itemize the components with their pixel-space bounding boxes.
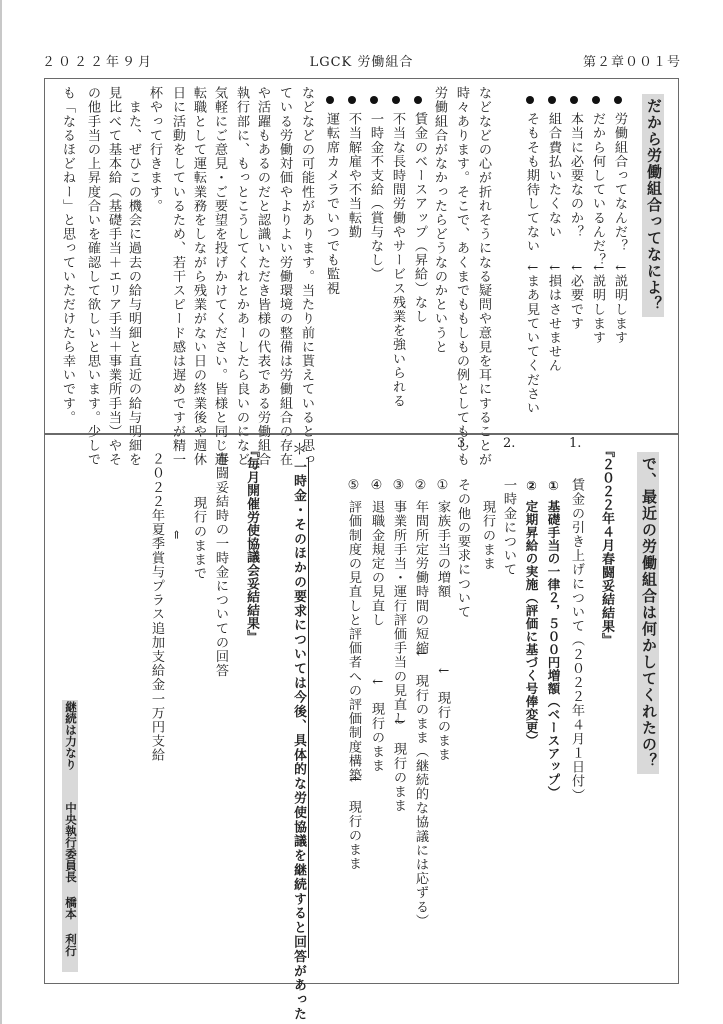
qa-question: だから何しているんだ？ — [586, 112, 608, 267]
subitem-text: 年間所定労働時間の短縮 — [409, 500, 431, 655]
subitem-text: 評価制度の見直しと評価者への評価制度構築 — [342, 500, 364, 782]
signature-surname: 橋本 — [64, 897, 78, 920]
subitem-result: ↓ 現行のまま（継続的な協議には応ずる） — [409, 648, 431, 928]
item-number: 1. — [569, 436, 581, 451]
signature-title: 中央執行委員長 — [64, 802, 78, 883]
qa-question: そもそも期待してない — [520, 112, 542, 253]
signature-block: 継続は力なり中央執行委員長橋本利行 — [62, 700, 78, 972]
intro-line: などなどの心が折れそうになる疑問や意見を耳にすることが — [472, 86, 494, 467]
body-line: 気軽にご意見・ご要望を投げかけてください。皆様と同じ運 — [208, 86, 230, 467]
subitem-mark: ① — [431, 478, 453, 494]
subitem-mark: ④ — [365, 478, 387, 494]
subitem-text: 事業所手当・運行評価手当の見直し — [387, 500, 409, 726]
subitem-text: 家族手当の増額 — [431, 500, 453, 599]
item-title: その他の要求について — [451, 478, 473, 619]
intro-line: 労働組合がなかったらどうなのかというと — [428, 86, 450, 354]
body-line: の他手当の上昇度合いを確認して欲しいと思います。少しで — [81, 86, 103, 467]
bullet-icon — [370, 96, 378, 104]
signature-motto: 継続は力なり — [64, 701, 78, 770]
qa-question: 組合費払いたくない — [542, 112, 564, 239]
subitem-mark: ⑤ — [342, 478, 364, 494]
risk-item: 不当解雇や不当転勤 — [342, 112, 364, 239]
subitem-result: ↓ 現行のまま — [387, 716, 409, 813]
body-line: 日に活動をしているため、若干スピード感は遅めですが精一 — [166, 86, 188, 467]
qa-question: 労働組合ってなんだ？ — [608, 112, 630, 253]
item-result: 現行のまま — [476, 500, 498, 571]
risk-item: 賃金のベースアップ（昇給）なし — [408, 112, 430, 324]
bullet-icon — [348, 96, 356, 104]
section1-heading: だから労働組合ってなによ？ — [642, 94, 664, 317]
body-line: 転職として運転業務をしながら残業がない日の終業後や週休 — [187, 86, 209, 467]
subitem-mark: ③ — [387, 478, 409, 494]
bullet-icon — [592, 96, 600, 104]
subitem-mark: ① — [542, 478, 564, 494]
body-line: や活躍もあるのだと認識いただき皆様の代表である労働組合 — [251, 86, 273, 467]
issue-number: 第２章００１号 — [583, 51, 681, 70]
bullet-icon — [414, 96, 422, 104]
qa-question: 本当に必要なのか？ — [564, 112, 586, 239]
qa-answer: ↓損はさせません — [542, 262, 564, 373]
bullet-icon — [570, 96, 578, 104]
subitem-result: ↓ 現行のまま — [342, 774, 364, 871]
body-line: ている労働対価やよりよい労働環境の整備は労働組合の存在 — [273, 86, 295, 467]
monthly-line: ２０２２年夏季賞与プラス追加支給金一万円支給 — [145, 452, 167, 762]
body-line: などなどの可能性があります。当たり前に貰えていると思っ — [295, 86, 317, 467]
signature-given-name: 利行 — [64, 934, 78, 957]
subitem-mark: ② — [520, 478, 542, 494]
section2-heading: で、最近の労働組合は何かしてくれたの？ — [637, 452, 659, 774]
qa-answer: ↓必要です — [564, 262, 586, 330]
negotiation-note: 一時金・そのほかの要求については今後、具体的な労使協議を継続すると回答があった — [287, 460, 309, 1022]
subitem-result: ↓ 現行のまま — [431, 665, 453, 762]
bullet-icon — [326, 96, 334, 104]
body-line: 執行部に、もっとこうしてくれとかあーしたら良いのになど — [230, 86, 252, 467]
item-number: 3. — [457, 436, 469, 451]
monthly-results-title: 『毎月開催労使協議会妥結結果』 — [240, 444, 262, 644]
monthly-line: 春闘妥結時の一時金についての回答 — [209, 452, 231, 678]
subitem-text: 定期昇給の実施（評価に基づく号俸変更） — [520, 500, 542, 747]
body-line: また、ぜひこの機会に過去の給与明細と直近の給与明細を — [122, 86, 144, 467]
body-line: 杯やって行きます。 — [143, 86, 165, 213]
bullet-icon — [548, 96, 556, 104]
spring-results-title: 『２０２２年４月春闘妥結結果』 — [595, 444, 617, 647]
subitem-result: ↓ 現行のまま — [365, 676, 387, 773]
bullet-icon — [392, 96, 400, 104]
subitem-mark: ② — [409, 478, 431, 494]
intro-line: 時々あります。そこで、あくまでももしもの例としてもしも — [450, 86, 472, 467]
qa-answer: ↓説明します — [608, 262, 630, 344]
item-title: 一時金について — [497, 478, 519, 577]
subitem-text: 基礎手当の一律２，５００円増額（ベースアップ） — [542, 500, 564, 799]
bullet-icon — [526, 96, 534, 104]
qa-answer: ↓まあ見ていてください — [520, 262, 542, 415]
risk-item: 不当な長時間労働やサービス残業を強いられる — [386, 112, 408, 408]
qa-answer: ↓説明します — [586, 262, 608, 344]
left-double-arrow-icon: ⇐ — [165, 530, 187, 540]
page-edge — [0, 0, 2, 1024]
body-line: も「なるほどねー」と思っていただけたら幸いです。 — [56, 86, 78, 424]
risk-item: 一時金不支給（賞与なし） — [364, 112, 386, 281]
risk-item: 運転席カメラでいつでも監視 — [320, 112, 342, 295]
note-asterisk: ＊ — [292, 438, 307, 459]
subitem-text: 退職金規定の見直し — [365, 500, 387, 627]
bullet-icon — [614, 96, 622, 104]
body-line: 見比べて基本給（基礎手当＋エリア手当＋事業所手当）やそ — [102, 86, 124, 467]
note-sideline — [308, 458, 309, 958]
monthly-line: 現行のままで — [187, 496, 209, 581]
item-number: 2. — [503, 436, 515, 451]
item-title: 賃金の引き上げについて（２０２２年４月１日付） — [565, 478, 587, 802]
